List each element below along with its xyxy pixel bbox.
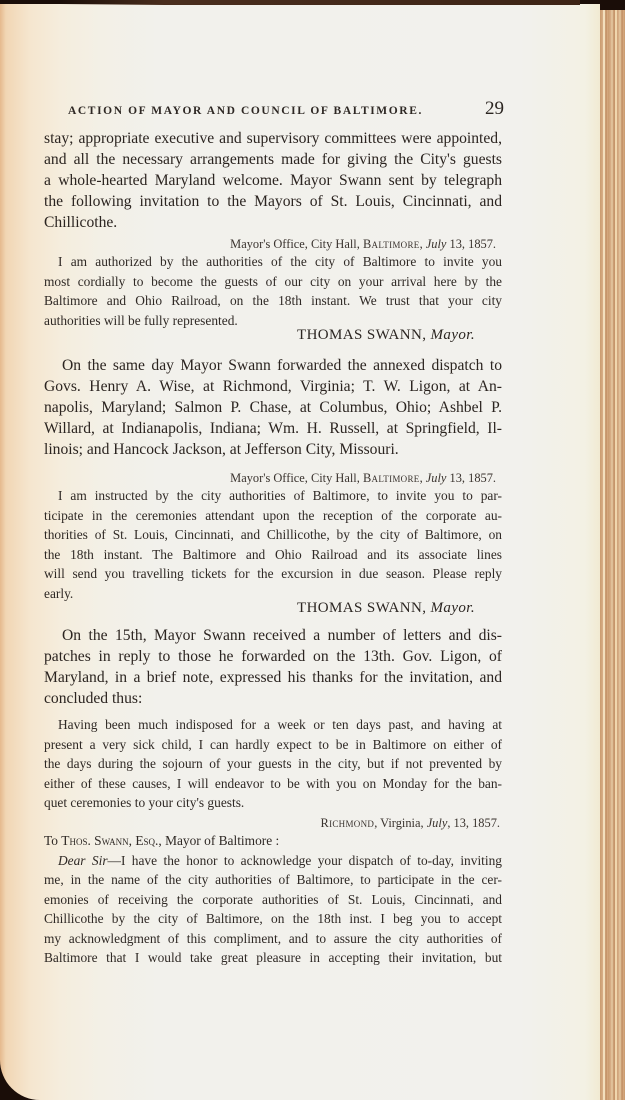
- dateline-date: 13, 1857.: [446, 237, 496, 251]
- text-line: a whole-hearted Maryland welcome. Mayor …: [44, 170, 502, 191]
- signature-title: Mayor.: [431, 600, 475, 616]
- text-line: On the same day Mayor Swann forwarded th…: [44, 355, 502, 376]
- text-line: the days during the sojourn of your gues…: [44, 754, 502, 774]
- running-head: ACTION OF MAYOR AND COUNCIL OF BALTIMORE…: [68, 98, 504, 120]
- text-line: Govs. Henry A. Wise, at Richmond, Virgin…: [44, 376, 502, 397]
- addressee-name: Thos. Swann: [61, 833, 128, 848]
- dateline-month: July: [427, 816, 448, 830]
- paragraph-replies: On the 15th, Mayor Swann received a numb…: [44, 625, 502, 709]
- text-line: linois; and Hancock Jackson, at Jefferso…: [44, 439, 502, 460]
- dispatch1-signature: THOMAS SWANN, Mayor.: [297, 327, 475, 344]
- dispatch2-body: I am instructed by the city authorities …: [44, 486, 502, 603]
- addressee-line: To Thos. Swann, Esq., Mayor of Baltimore…: [44, 831, 502, 851]
- dispatch1-dateline: Mayor's Office, City Hall, Baltimore, Ju…: [230, 237, 496, 252]
- dateline-city: Baltimore: [363, 237, 420, 251]
- dateline-month: July: [426, 237, 447, 251]
- dateline-date: , 13, 1857.: [447, 816, 500, 830]
- addressee-esq: Esq.: [135, 833, 158, 848]
- text-line: Baltimore and Ohio Railroad, on the 18th…: [44, 291, 502, 311]
- text-line: I am instructed by the city authorities …: [44, 486, 502, 506]
- paragraph-governors: On the same day Mayor Swann forwarded th…: [44, 355, 502, 460]
- text-line: quet ceremonies to your city's guests.: [44, 793, 502, 813]
- text-line: thorities of St. Louis, Cincinnati, and …: [44, 525, 502, 545]
- text-line: most cordially to become the guests of o…: [44, 272, 502, 292]
- text-line: concluded thus:: [44, 688, 502, 709]
- page-top-edge: [60, 0, 580, 5]
- dateline-place: Mayor's Office, City Hall,: [230, 471, 363, 485]
- text-line: Chillicothe by the city of Baltimore, on…: [44, 909, 502, 929]
- paragraph-intro: stay; appropriate executive and supervis…: [44, 128, 502, 233]
- scanned-book-page: ACTION OF MAYOR AND COUNCIL OF BALTIMORE…: [0, 0, 625, 1100]
- text-line: napolis, Maryland; Salmon P. Chase, at C…: [44, 397, 502, 418]
- ligon-quote: Having been much indisposed for a week o…: [44, 715, 502, 813]
- text-line: I am authorized by the authorities of th…: [44, 252, 502, 272]
- page-edge-highlight: [603, 10, 605, 1100]
- text-line: patches in reply to those he forwarded o…: [44, 646, 502, 667]
- text-line: my acknowledgment of this compliment, an…: [44, 929, 502, 949]
- addressee-prefix: To: [44, 833, 61, 848]
- signature-name: THOMAS SWANN,: [297, 600, 431, 616]
- dateline-city: Baltimore: [363, 471, 420, 485]
- signature-name: THOMAS SWANN,: [297, 327, 431, 343]
- text-line: either of these causes, I will endeavor …: [44, 774, 502, 794]
- dispatch2-dateline: Mayor's Office, City Hall, Baltimore, Ju…: [230, 471, 496, 486]
- text-line: and all the necessary arrangements made …: [44, 149, 502, 170]
- page-number: 29: [485, 98, 504, 120]
- text-line: emonies of receiving the corporate autho…: [44, 890, 502, 910]
- text-line: me, in the name of the city authorities …: [44, 870, 502, 890]
- dateline-date: 13, 1857.: [446, 471, 496, 485]
- dispatch2-signature: THOMAS SWANN, Mayor.: [297, 600, 475, 617]
- wise-letter-body: To Thos. Swann, Esq., Mayor of Baltimore…: [44, 831, 502, 968]
- text-line: ticipate in the ceremonies attendant upo…: [44, 506, 502, 526]
- text-line-rest: —I have the honor to acknowledge your di…: [108, 853, 502, 868]
- signature-title: Mayor.: [431, 327, 475, 343]
- text-line: Willard, at Indianapolis, Indiana; Wm. H…: [44, 418, 502, 439]
- dispatch1-body: I am authorized by the authorities of th…: [44, 252, 502, 330]
- text-line: the 18th instant. The Baltimore and Ohio…: [44, 545, 502, 565]
- text-line: Chillicothe.: [44, 212, 502, 233]
- text-line: stay; appropriate executive and supervis…: [44, 128, 502, 149]
- page-stack-edge: [600, 10, 625, 1100]
- addressee-suffix: , Mayor of Baltimore :: [158, 833, 279, 848]
- dateline-month: July: [426, 471, 447, 485]
- text-line: On the 15th, Mayor Swann received a numb…: [44, 625, 502, 646]
- text-line: will send you travelling tickets for the…: [44, 564, 502, 584]
- page-edge-highlight: [615, 10, 617, 1100]
- running-title: ACTION OF MAYOR AND COUNCIL OF BALTIMORE…: [68, 105, 423, 117]
- dateline-rest: , Virginia,: [374, 816, 427, 830]
- dateline-place: Mayor's Office, City Hall,: [230, 237, 363, 251]
- text-line: Dear Sir—I have the honor to acknowledge…: [44, 851, 502, 871]
- text-line: present a very sick child, I can hardly …: [44, 735, 502, 755]
- text-line: the following invitation to the Mayors o…: [44, 191, 502, 212]
- text-line: Maryland, in a brief note, expressed his…: [44, 667, 502, 688]
- text-line: Having been much indisposed for a week o…: [44, 715, 502, 735]
- dateline-city: Richmond: [321, 816, 375, 830]
- wise-letter-dateline: Richmond, Virginia, July, 13, 1857.: [321, 816, 500, 831]
- salutation: Dear Sir: [58, 853, 108, 868]
- text-line: Baltimore that I would take great pleasu…: [44, 948, 502, 968]
